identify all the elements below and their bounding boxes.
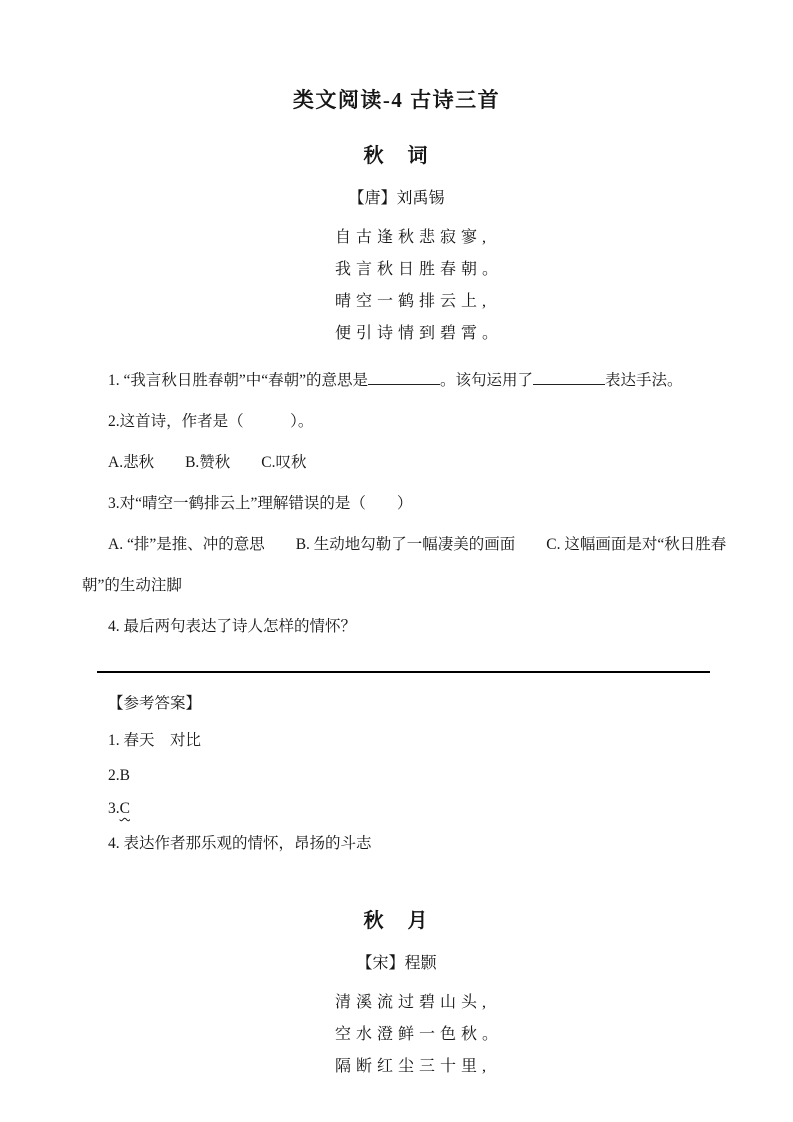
question-3: 3.对“晴空一鹤排云上”理解错误的是（ ） [82,483,731,524]
doc-title: 类文阅读-4 古诗三首 [0,0,793,114]
question-1: 1. “我言秋日胜春朝”中“春朝”的意思是。该句运用了表达手法。 [82,360,731,401]
question-3-options: A. “排”是推、冲的意思 B. 生动地勾勒了一幅凄美的画面 C. 这幅画面是对… [82,524,731,606]
poem1-line: 自古逢秋悲寂寥, [335,222,793,254]
poem2-body: 清溪流过碧山头, 空水澄鲜一色秋。 隔断红尘三十里, [335,987,793,1083]
poem1-author: 【唐】刘禹锡 [0,185,793,208]
poem2-author: 【宋】程颢 [0,950,793,973]
poem1-line: 便引诗情到碧霄。 [335,318,793,350]
poem2-line: 空水澄鲜一色秋。 [335,1019,793,1051]
question-1-pre: 1. “我言秋日胜春朝”中“春朝”的意思是 [108,372,368,389]
poem2-title: 秋 月 [0,904,793,933]
answer-3-choice: C [120,800,130,817]
poem1-line: 晴空一鹤排云上, [335,286,793,318]
poem1-title: 秋 词 [0,139,793,168]
question-4: 4. 最后两句表达了诗人怎样的情怀？ [82,606,731,647]
answer-2: 2.B [108,759,733,792]
fill-in-blank [533,369,605,385]
answer-3-number: 3. [108,800,120,817]
answer-1: 1. 春天 对比 [108,722,733,759]
question-1-mid: 。该句运用了 [440,372,533,389]
answer-4: 4. 表达作者那乐观的情怀，昂扬的斗志 [108,825,733,862]
section-divider [97,671,710,673]
questions-section: 1. “我言秋日胜春朝”中“春朝”的意思是。该句运用了表达手法。 2.这首诗，作… [82,360,731,647]
worksheet-page: 类文阅读-4 古诗三首 秋 词 【唐】刘禹锡 自古逢秋悲寂寥, 我言秋日胜春朝。… [0,0,793,1122]
fill-in-blank [368,369,440,385]
answers-header: 【参考答案】 [108,685,733,722]
poem2-line: 隔断红尘三十里, [335,1051,793,1083]
poem1-section: 秋 词 【唐】刘禹锡 自古逢秋悲寂寥, 我言秋日胜春朝。 晴空一鹤排云上, 便引… [0,139,793,350]
question-2-options: A.悲秋 B.赞秋 C.叹秋 [82,442,731,483]
question-2: 2.这首诗，作者是（ ）。 [82,401,731,442]
answers-section: 【参考答案】 1. 春天 对比 2.B 3.C 4. 表达作者那乐观的情怀，昂扬… [108,685,733,862]
poem2-line: 清溪流过碧山头, [335,987,793,1019]
poem1-body: 自古逢秋悲寂寥, 我言秋日胜春朝。 晴空一鹤排云上, 便引诗情到碧霄。 [335,222,793,350]
answer-3: 3.C [108,792,733,825]
poem1-line: 我言秋日胜春朝。 [335,254,793,286]
poem2-section: 秋 月 【宋】程颢 清溪流过碧山头, 空水澄鲜一色秋。 隔断红尘三十里, [0,904,793,1083]
question-1-post: 表达手法。 [605,372,683,389]
